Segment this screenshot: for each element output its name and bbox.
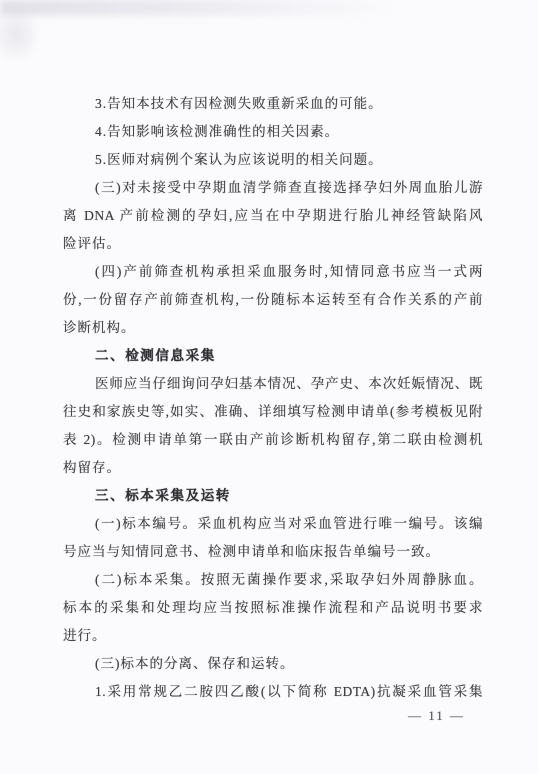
document-body: 3.告知本技术有因检测失败重新采血的可能。4.告知影响该检测准确性的相关因素。5…	[63, 90, 483, 706]
text-line: 3.告知本技术有因检测失败重新采血的可能。	[63, 90, 483, 118]
text-line: (二)标本采集。按照无菌操作要求,采取孕妇外周静脉血。	[63, 566, 483, 594]
section-heading: 三、标本采集及运转	[63, 482, 483, 510]
text-line: 5.医师对病例个案认为应该说明的相关问题。	[63, 146, 483, 174]
text-line: 往史和家族史等,如实、准确、详细填写检测申请单(参考模板见附	[63, 398, 483, 426]
text-line: 标本的采集和处理均应当按照标准操作流程和产品说明书要求	[63, 594, 483, 622]
scan-artifact-corner	[0, 4, 40, 64]
text-line: 表 2)。检测申请单第一联由产前诊断机构留存,第二联由检测机	[63, 426, 483, 454]
text-line: (四)产前筛查机构承担采血服务时,知情同意书应当一式两	[63, 258, 483, 286]
page-number: — 11 —	[63, 706, 465, 726]
text-line: 诊断机构。	[63, 314, 483, 342]
text-line: 号应当与知情同意书、检测申请单和临床报告单编号一致。	[63, 538, 483, 566]
text-line: 医师应当仔细询问孕妇基本情况、孕产史、本次妊娠情况、既	[63, 370, 483, 398]
text-line: 进行。	[63, 622, 483, 650]
text-line: 4.告知影响该检测准确性的相关因素。	[63, 118, 483, 146]
text-line: 份,一份留存产前筛查机构,一份随标本运转至有合作关系的产前	[63, 286, 483, 314]
text-line: (一)标本编号。采血机构应当对采血管进行唯一编号。该编	[63, 510, 483, 538]
text-line: (三)标本的分离、保存和运转。	[63, 650, 483, 678]
scan-artifact-top	[0, 0, 400, 15]
text-line: 1.采用常规乙二胺四乙酸(以下简称 EDTA)抗凝采血管采集	[63, 678, 483, 706]
text-line: (三)对未接受中孕期血清学筛查直接选择孕妇外周血胎儿游	[63, 174, 483, 202]
section-heading: 二、检测信息采集	[63, 342, 483, 370]
text-line: 险评估。	[63, 230, 483, 258]
text-line: 构留存。	[63, 454, 483, 482]
text-line: 离 DNA 产前检测的孕妇,应当在中孕期进行胎儿神经管缺陷风	[63, 202, 483, 230]
document-page: 3.告知本技术有因检测失败重新采血的可能。4.告知影响该检测准确性的相关因素。5…	[0, 0, 538, 774]
